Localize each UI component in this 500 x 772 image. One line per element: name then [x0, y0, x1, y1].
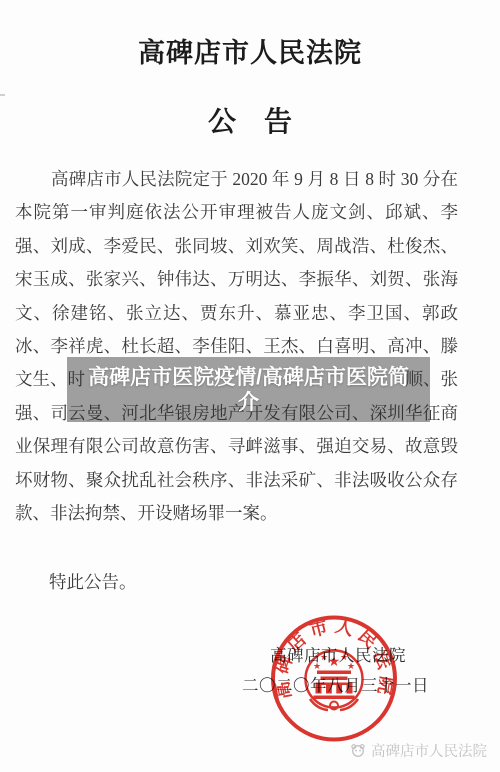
- closing-line: 特此公告。: [49, 568, 137, 596]
- body-line: 高碑店市人民法院定于 2020 年 9 月 8 日 8 时 30 分在: [15, 163, 458, 196]
- watermark-logo-icon: [350, 742, 366, 758]
- svg-text:★: ★: [328, 654, 341, 670]
- body-line: 宋玉成、张家兴、钟伟达、万明达、李振华、刘贺、张海: [15, 263, 458, 296]
- caption-overlay-title: 高碑店市医院疫情/高碑店市医院简介: [84, 365, 414, 415]
- svg-text:★: ★: [320, 653, 328, 663]
- announcement-body: 高碑店市人民法院定于 2020 年 9 月 8 日 8 时 30 分在 本院第一…: [15, 163, 458, 530]
- national-emblem-icon: ★ ★ ★ ★ ★: [306, 651, 363, 711]
- court-title: 高碑店市人民法院: [0, 31, 500, 70]
- notice-title: 公 告: [0, 100, 500, 140]
- body-line: 文、徐建铭、张立达、贾东升、慕亚忠、李卫国、郭政: [15, 297, 458, 330]
- watermark-label: 高碑店市人民法院: [371, 740, 487, 761]
- image-watermark: 高碑店市人民法院: [350, 741, 487, 759]
- caption-overlay-banner[interactable]: 高碑店市医院疫情/高碑店市医院简介: [67, 357, 430, 422]
- official-court-seal-icon: 高碑店市人民法院 ★ ★ ★ ★ ★: [266, 610, 402, 747]
- body-line: 本院第一审判庭依法公开审理被告人庞文剑、邱斌、李: [15, 196, 458, 229]
- body-line: 业保理有限公司故意伤害、寻衅滋事、强迫交易、故意毁: [15, 430, 458, 463]
- body-line: 款、非法拘禁、开设赌场罪一案。: [15, 497, 458, 530]
- scan-artifact: [0, 94, 5, 96]
- emblem-gate: [314, 671, 355, 700]
- body-line: 强、刘成、李爱民、张同坡、刘欢笑、周战浩、杜俊杰、: [15, 230, 458, 263]
- court-announcement-scan: 高碑店市人民法院 公 告 高碑店市人民法院定于 2020 年 9 月 8 日 8…: [0, 0, 500, 772]
- body-line: 坏财物、聚众扰乱社会秩序、非法采矿、非法吸收公众存: [15, 464, 458, 497]
